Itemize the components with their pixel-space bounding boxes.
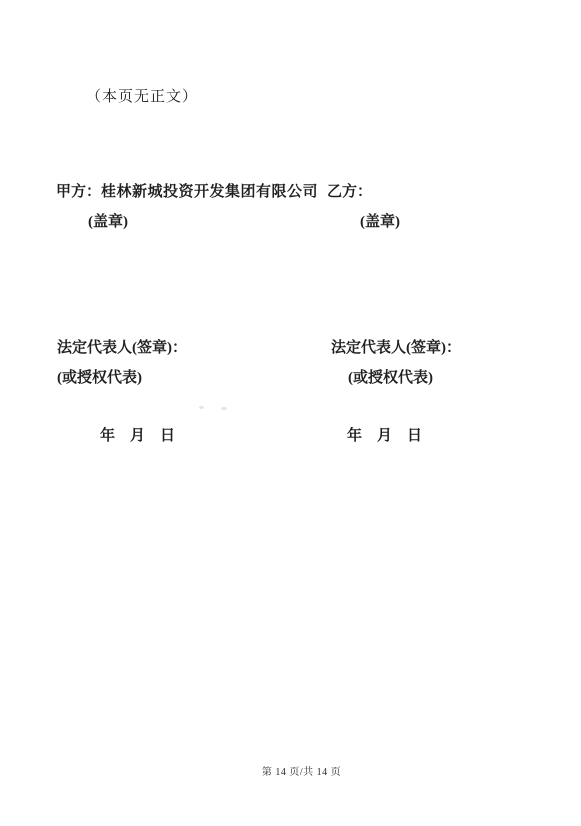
party-b-legal-representative-label: 法定代表人(签章)： bbox=[331, 341, 461, 356]
party-a-seal-label: (盖章) bbox=[88, 215, 128, 230]
party-b-authorized-representative-label: (或授权代表) bbox=[348, 371, 433, 386]
contract-signature-page: （本页无正文） 甲方： 桂林新城投资开发集团有限公司 乙方： (盖章) (盖章)… bbox=[0, 0, 581, 826]
party-a-label: 甲方： bbox=[56, 185, 101, 200]
party-a-date-line: 年 月 日 bbox=[100, 429, 175, 444]
party-b-label: 乙方： bbox=[327, 185, 372, 200]
party-a-legal-representative-label: 法定代表人(签章)： bbox=[57, 341, 187, 356]
no-body-text-notice: （本页无正文） bbox=[86, 90, 198, 105]
party-a-authorized-representative-label: (或授权代表) bbox=[57, 371, 142, 386]
party-b-seal-label: (盖章) bbox=[360, 215, 400, 230]
party-a-name: 桂林新城投资开发集团有限公司 bbox=[101, 185, 318, 200]
scan-smudge bbox=[199, 406, 204, 409]
party-b-date-line: 年 月 日 bbox=[347, 429, 422, 444]
scan-smudge bbox=[221, 407, 227, 410]
page-number-footer: 第 14 页/共 14 页 bbox=[0, 768, 581, 778]
